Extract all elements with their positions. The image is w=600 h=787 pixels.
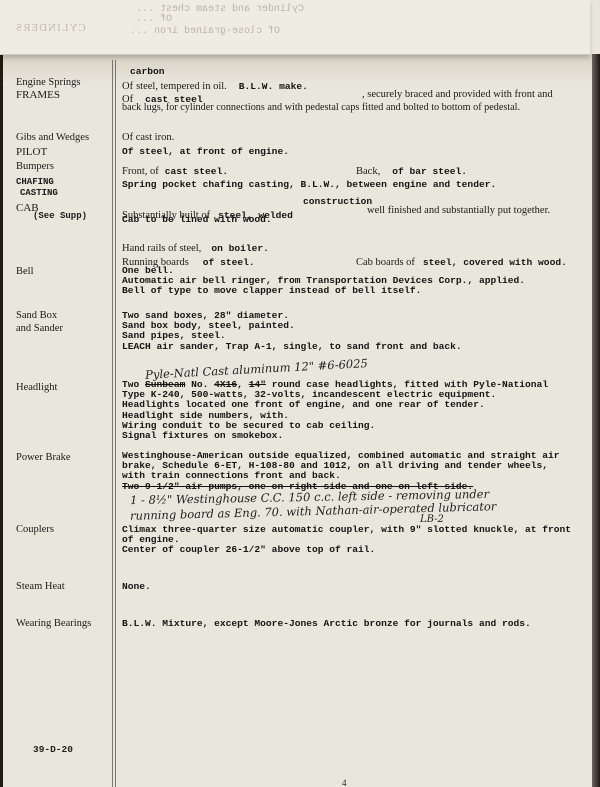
- bumpers-back: Back,of bar steel.: [356, 161, 467, 179]
- label-wearing-bearings: Wearing Bearings: [16, 618, 91, 629]
- frames-printed-1: , securely braced and provided with fron…: [362, 89, 553, 100]
- bell-text: One bell.Automatic air bell ringer, from…: [122, 266, 525, 297]
- bearings-text: B.L.W. Mixture, except Moore-Jones Arcti…: [122, 618, 531, 629]
- power-brake-text: Westinghouse-American outside equalized,…: [122, 451, 560, 492]
- frames-printed-2: back lugs, for cylinder connections and …: [122, 102, 520, 113]
- steam-heat-text: None.: [122, 581, 151, 592]
- chafing-text: Spring pocket chafing casting, B.L.W., b…: [122, 179, 496, 190]
- bumpers-front: Front, ofcast steel.: [122, 161, 228, 179]
- label-sand-box: Sand Box: [16, 310, 57, 321]
- ghost-line: Of ...: [130, 14, 172, 25]
- gibs-text: Of cast iron.: [122, 132, 174, 143]
- cab-line-2: Cab to be lined with wood.: [122, 214, 272, 225]
- binding-edge: [0, 54, 3, 787]
- label-pilot: PILOT: [16, 146, 47, 158]
- label-and-sander: and Sander: [16, 323, 63, 334]
- headlight-text: Two Sunbeam No. 4X16, 14" round case hea…: [122, 380, 548, 441]
- cab-printed-2: well finished and substantially put toge…: [367, 205, 550, 216]
- label-chafing: CHAFING: [16, 177, 54, 187]
- label-power-brake: Power Brake: [16, 452, 71, 463]
- label-see-supp: (See Supp): [33, 211, 87, 221]
- column-divider: [112, 60, 116, 787]
- ghost-line: Of close-grained iron ...: [130, 26, 280, 37]
- label-headlight: Headlight: [16, 382, 57, 393]
- insert-construction: construction: [303, 196, 372, 207]
- form-code: 39-D-20: [33, 744, 73, 755]
- sand-text: Two sand boxes, 28" diameter.Sand box bo…: [122, 311, 462, 352]
- page-number: 4: [342, 778, 347, 787]
- ghost-label-cylinders: CYLINDERS: [15, 22, 86, 34]
- label-bell: Bell: [16, 266, 34, 277]
- page-edge: [592, 54, 600, 787]
- label-bumpers: Bumpers: [16, 161, 54, 172]
- pilot-text: Of steel, at front of engine.: [122, 146, 289, 157]
- label-steam-heat: Steam Heat: [16, 581, 65, 592]
- label-frames: FRAMES: [16, 89, 60, 101]
- label-couplers: Couplers: [16, 524, 54, 535]
- handwritten-headlight-note: Pyle-Natl Cast aluminum 12" #6-6025: [145, 356, 368, 382]
- document-page: CYLINDERS Cylinder and steam chest ... O…: [0, 0, 600, 787]
- label-casting: CASTING: [20, 188, 58, 198]
- couplers-text: Climax three-quarter size automatic coup…: [122, 525, 571, 556]
- label-gibs-wedges: Gibs and Wedges: [16, 132, 89, 143]
- label-engine-springs: Engine Springs: [16, 77, 80, 88]
- previous-page-fold: CYLINDERS Cylinder and steam chest ... O…: [0, 0, 590, 55]
